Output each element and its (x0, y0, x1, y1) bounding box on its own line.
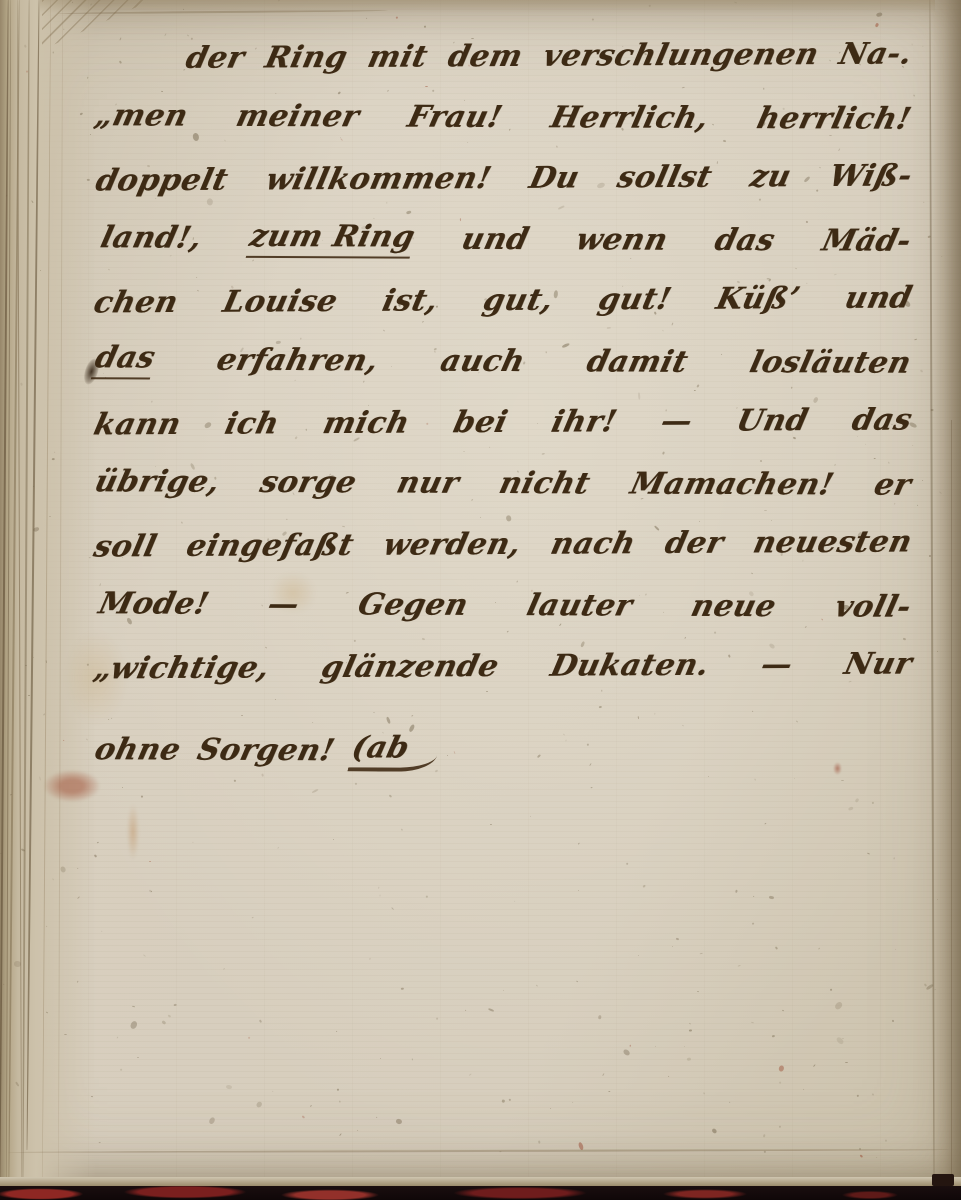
word: Herrlich, (547, 100, 712, 136)
word: sollst (614, 160, 715, 196)
word: gut, (480, 283, 557, 318)
word: kann (90, 407, 184, 443)
manuscript-page: derRingmitdemverschlungenenNa-.„menmeine… (0, 0, 961, 1186)
word: das (849, 403, 916, 438)
word: ist, (379, 283, 442, 318)
word: — (658, 404, 696, 439)
word: Dukaten. (547, 648, 712, 684)
manuscript-line: ohneSorgen!(ab (88, 719, 918, 784)
word: verschlungenen (540, 37, 822, 74)
word: — (264, 587, 303, 622)
manuscript-line: solleingefaßtwerden,nachderneuesten (88, 512, 919, 578)
drip-stain (124, 792, 142, 872)
word: Und (733, 403, 811, 438)
page-right-edge-shadow (931, 0, 961, 1186)
cover-notch (932, 1174, 954, 1186)
word: glänzende (318, 649, 502, 685)
word: land!, (97, 220, 205, 255)
word: doppelt (93, 163, 232, 199)
word: meiner (233, 99, 363, 135)
manuscript-line: „menmeinerFrau!Herrlich,herrlich! (88, 85, 918, 150)
word: nur (393, 466, 462, 501)
word: gut! (595, 282, 675, 317)
word: ich (222, 406, 283, 441)
manuscript-line: doppeltwillkommen!DusollstzuWiß- (88, 146, 919, 212)
book-scan: derRingmitdemverschlungenenNa-.„menmeine… (0, 0, 961, 1200)
underlined-text: zum Ring (245, 219, 418, 259)
manuscript-text: derRingmitdemverschlungenenNa-.„menmeine… (95, 26, 911, 782)
word: der (662, 526, 727, 561)
word: Ring (262, 40, 351, 75)
word: bei (450, 405, 511, 440)
manuscript-line: übrige,sorgenurnichtMamachen!er (88, 451, 918, 516)
page-right-edge-line (951, 420, 952, 1180)
manuscript-line: chenLouiseist,gut,gut!Küß’und (88, 268, 919, 334)
word: Nur (841, 647, 916, 682)
word: losläuten (746, 345, 914, 381)
word: übrige, (91, 464, 223, 500)
manuscript-line: derRingmitdemverschlungenenNa-. (88, 24, 919, 90)
word: Gegen (354, 587, 471, 622)
page-bottom-faint-line (8, 1149, 949, 1153)
word: neue (688, 589, 780, 624)
underlined-text: (ab (347, 730, 443, 771)
manuscript-line: kannichmichbeiihr!—Unddas (88, 390, 919, 456)
word: wenn (573, 222, 672, 257)
word: erfahren, (213, 343, 382, 379)
word: Mäd- (818, 223, 914, 258)
word: und (458, 222, 532, 257)
marbled-cover-edge (0, 1186, 961, 1200)
manuscript-line: daserfahren,auchdamitlosläuten (88, 329, 918, 394)
word: Du (526, 161, 583, 196)
word: Mamachen! (627, 467, 838, 503)
word: mich (320, 406, 413, 442)
page-bottom-edge (0, 1177, 961, 1186)
word: chen (90, 285, 181, 321)
word: dem (445, 39, 526, 74)
word: Na-. (836, 37, 916, 72)
manuscript-line: „wichtige,glänzendeDukaten.—Nur (88, 634, 919, 700)
word: „men (91, 98, 191, 133)
word: Sorgen! (194, 733, 338, 769)
word: sorge (257, 465, 360, 500)
word: Mode! (95, 586, 212, 621)
word: herrlich! (754, 101, 915, 137)
manuscript-line: Mode!—Gegenlauterneuevoll- (88, 573, 918, 638)
word: soll (90, 529, 160, 564)
word: „wichtige, (90, 650, 272, 686)
word: willkommen! (263, 161, 495, 197)
word: mit (365, 39, 431, 74)
word: und (841, 281, 915, 316)
word: Wiß- (826, 159, 916, 194)
word: lauter (523, 588, 636, 623)
manuscript-line: land!,zum RingundwenndasMäd- (88, 207, 918, 272)
word: damit (583, 344, 691, 379)
word: das (711, 223, 778, 258)
word: — (758, 647, 796, 682)
word: Louise (220, 284, 341, 320)
word: der (183, 41, 248, 76)
word: ihr! (548, 404, 620, 439)
word: zu (747, 159, 795, 194)
underlined-text: das (91, 340, 159, 379)
word: nach (547, 526, 638, 562)
word: nicht (496, 466, 594, 501)
word: Küß’ (713, 281, 803, 317)
word: Frau! (404, 100, 506, 135)
word: auch (437, 344, 528, 379)
word: er (871, 468, 915, 503)
word: eingefaßt (183, 528, 357, 564)
word: neuesten (750, 525, 916, 561)
word: werden, (380, 527, 525, 563)
word: voll- (831, 589, 914, 624)
word: ohne (91, 732, 184, 767)
